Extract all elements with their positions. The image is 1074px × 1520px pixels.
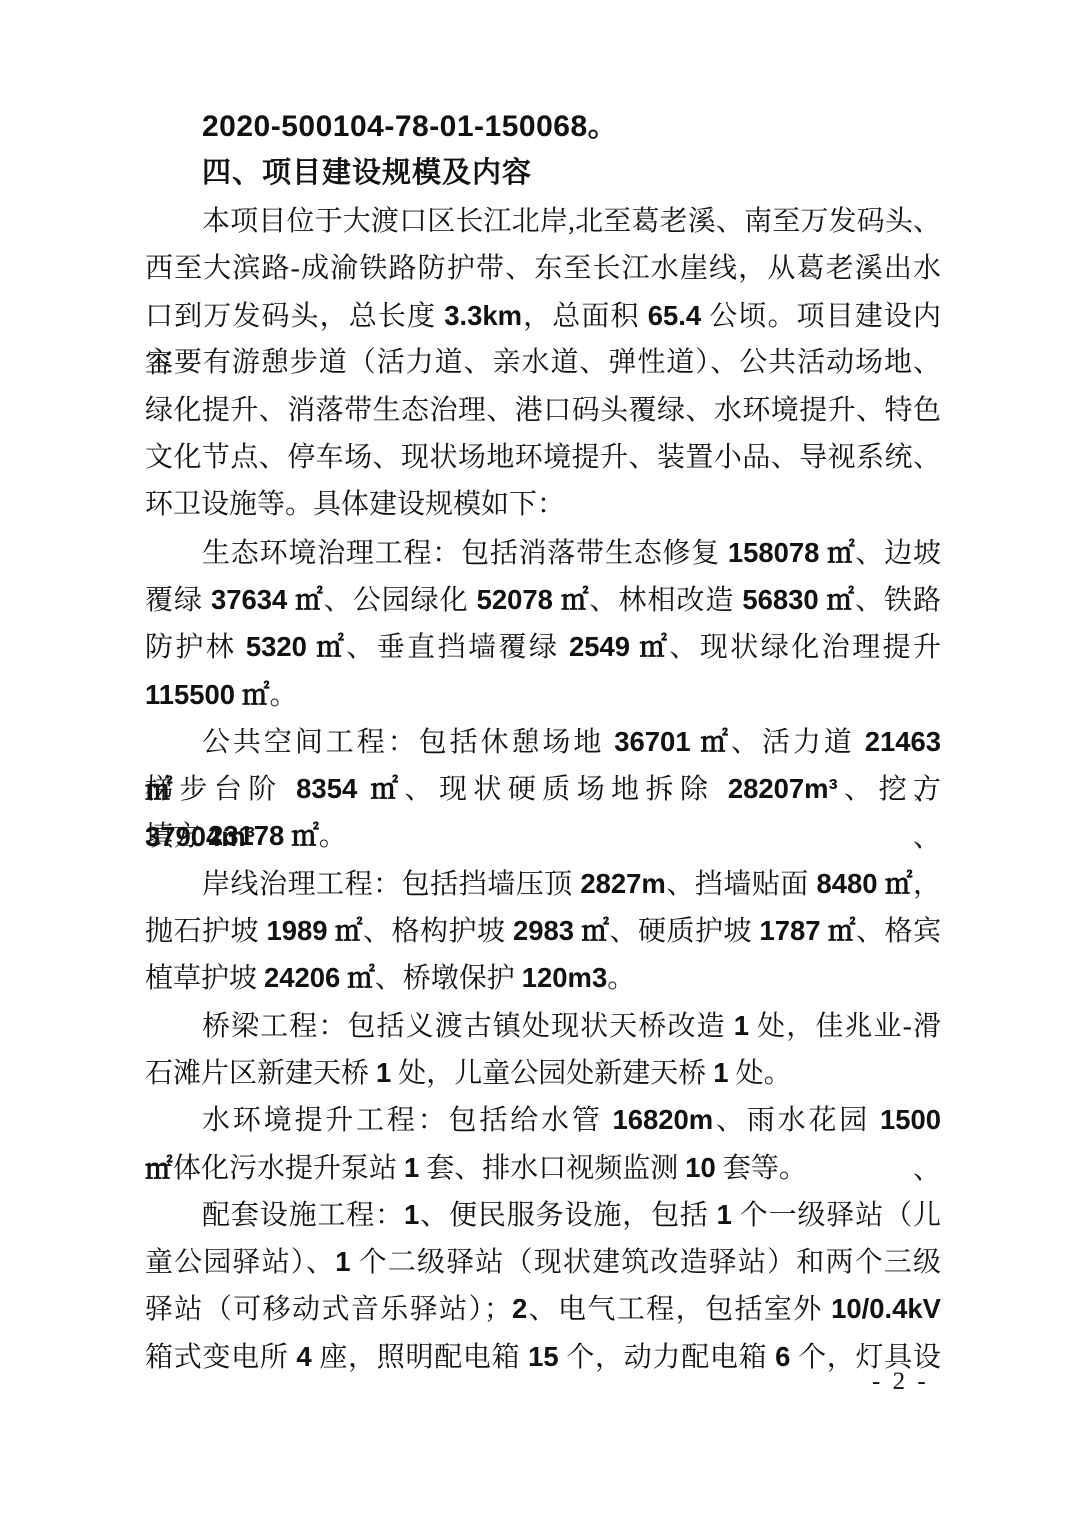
numeric-value: ㎡ xyxy=(639,631,669,662)
numeric-value: 23178 xyxy=(208,820,284,851)
text-line: 西至大滨路-成渝铁路防护带、东至长江水崖线，从葛老溪出水 xyxy=(145,245,941,292)
text-line: 文化节点、停车场、现状场地环境提升、装置小品、导视系统、 xyxy=(145,434,941,481)
paragraph: 水环境提升工程：包括给水管 16820m、雨水花园 1500 ㎡、一体化污水提升… xyxy=(145,1096,941,1191)
text-line: 防护林 5320 ㎡、垂直挡墙覆绿 2549 ㎡、现状绿化治理提升 xyxy=(145,623,941,670)
text-line: 箱式变电所 4 座，照明配电箱 15 个，动力配电箱 6 个，灯具设 xyxy=(145,1333,941,1380)
numeric-value: 24206 xyxy=(264,962,340,993)
paragraph: 本项目位于大渡口区长江北岸,北至葛老溪、南至万发码头、西至大滨路-成渝铁路防护带… xyxy=(145,198,941,529)
text-line: 四、项目建设规模及内容 xyxy=(145,150,941,197)
numeric-value: 8480 xyxy=(816,868,877,899)
text-line: 环卫设施等。具体建设规模如下： xyxy=(145,481,941,528)
section-heading: 四、项目建设规模及内容 xyxy=(145,150,941,197)
document-page: 2020-500104-78-01-150068。四、项目建设规模及内容本项目位… xyxy=(0,0,1074,1520)
text-line: 覆绿 37634 ㎡、公园绿化 52078 ㎡、林相改造 56830 ㎡、铁路 xyxy=(145,576,941,623)
numeric-value: 36701 xyxy=(614,726,690,757)
numeric-value: ㎡ xyxy=(827,584,855,615)
paragraph: 桥梁工程：包括义渡古镇处现状天桥改造 1 处，佳兆业-滑石滩片区新建天桥 1 处… xyxy=(145,1002,941,1097)
numeric-value: ㎡ xyxy=(316,631,346,662)
text-line: 驿站（可移动式音乐驿站）；2、电气工程，包括室外 10/0.4kV xyxy=(145,1285,941,1332)
numeric-value: 4 xyxy=(296,1341,311,1372)
numeric-value: 1787 xyxy=(759,915,820,946)
text-line: 主要有游憩步道（活力道、亲水道、弹性道）、公共活动场地、 xyxy=(145,339,941,386)
paragraph: 岸线治理工程：包括挡墙压顶 2827m、挡墙贴面 8480 ㎡，抛石护坡 198… xyxy=(145,860,941,1002)
text-line: 配套设施工程：1、便民服务设施，包括 1 个一级驿站（儿 xyxy=(145,1191,941,1238)
numeric-value: 8354 xyxy=(296,773,357,804)
numeric-value: 10/0.4kV xyxy=(831,1293,941,1324)
numeric-value: ㎡ xyxy=(828,915,856,946)
numeric-value: 21463 xyxy=(865,726,941,757)
text-line: 公共空间工程：包括休憩场地 36701 ㎡、活力道 21463 ㎡、 xyxy=(145,718,941,765)
paragraph: 生态环境治理工程：包括消落带生态修复 158078 ㎡、边坡覆绿 37634 ㎡… xyxy=(145,529,941,718)
numeric-value: ㎡ xyxy=(347,962,374,993)
numeric-value: ㎡ xyxy=(582,915,610,946)
text-line: 桥梁工程：包括义渡古镇处现状天桥改造 1 处，佳兆业-滑 xyxy=(145,1002,941,1049)
numeric-value: 1500 xyxy=(880,1104,941,1135)
numeric-value: 6 xyxy=(775,1341,790,1372)
text-line: 绿化提升、消落带生态治理、港口码头覆绿、水环境提升、特色 xyxy=(145,387,941,434)
numeric-value: 1989 xyxy=(267,915,328,946)
numeric-value: ㎡ xyxy=(335,915,363,946)
text-line: 梯步台阶 8354 ㎡、现状硬质场地拆除 28207m³、挖方 37904m³、 xyxy=(145,765,941,812)
numeric-value: 120m3 xyxy=(522,962,607,993)
numeric-value: 65.4 xyxy=(648,300,701,331)
document-body: 2020-500104-78-01-150068。四、项目建设规模及内容本项目位… xyxy=(145,103,941,1380)
text-line: 115500 ㎡。 xyxy=(145,671,941,718)
numeric-value: 1 xyxy=(734,1010,749,1041)
numeric-value: 3.3km xyxy=(444,300,522,331)
numeric-value: 2827m xyxy=(580,868,665,899)
numeric-value: ㎡ xyxy=(885,868,913,899)
page-number: - 2 - xyxy=(872,1368,929,1396)
numeric-value: ㎡ xyxy=(291,820,318,851)
numeric-value: 2 xyxy=(512,1293,527,1324)
numeric-value: 1 xyxy=(376,1057,391,1088)
text-line: 生态环境治理工程：包括消落带生态修复 158078 ㎡、边坡 xyxy=(145,529,941,576)
text-line: 植草护坡 24206 ㎡、桥墩保护 120m3。 xyxy=(145,954,941,1001)
text-line: 童公园驿站）、1 个二级驿站（现状建筑改造驿站）和两个三级 xyxy=(145,1238,941,1285)
numeric-value: ㎡ xyxy=(295,584,323,615)
numeric-value: 2983 xyxy=(513,915,574,946)
numeric-value: 158078 xyxy=(728,537,820,568)
text-line: 石滩片区新建天桥 1 处，儿童公园处新建天桥 1 处。 xyxy=(145,1049,941,1096)
text-line: 2020-500104-78-01-150068。 xyxy=(145,103,941,150)
text-line: 抛石护坡 1989 ㎡、格构护坡 2983 ㎡、硬质护坡 1787 ㎡、格宾 xyxy=(145,907,941,954)
numeric-value: 16820m xyxy=(612,1104,713,1135)
numeric-value: 115500 xyxy=(145,679,235,710)
numeric-value: 37634 xyxy=(211,584,287,615)
text-line: 本项目位于大渡口区长江北岸,北至葛老溪、南至万发码头、 xyxy=(145,198,941,245)
reference-code: 2020-500104-78-01-150068。 xyxy=(145,103,941,150)
text-line: 口到万发码头，总长度 3.3km，总面积 65.4 公顷。项目建设内容 xyxy=(145,292,941,339)
numeric-value: 10 xyxy=(685,1152,716,1183)
numeric-value: 1 xyxy=(713,1057,728,1088)
numeric-value: 28207m³ xyxy=(728,773,838,804)
numeric-value: ㎡ xyxy=(561,584,589,615)
numeric-value: 1 xyxy=(335,1246,350,1277)
numeric-value: 2549 xyxy=(569,631,630,662)
paragraph: 公共空间工程：包括休憩场地 36701 ㎡、活力道 21463 ㎡、梯步台阶 8… xyxy=(145,718,941,860)
numeric-value: 1 xyxy=(404,1199,419,1230)
numeric-value: 5320 xyxy=(246,631,307,662)
text-line: 岸线治理工程：包括挡墙压顶 2827m、挡墙贴面 8480 ㎡， xyxy=(145,860,941,907)
paragraph: 配套设施工程：1、便民服务设施，包括 1 个一级驿站（儿童公园驿站）、1 个二级… xyxy=(145,1191,941,1380)
numeric-value: 1 xyxy=(717,1199,732,1230)
numeric-value: 52078 xyxy=(477,584,553,615)
numeric-value: ㎡ xyxy=(371,773,405,804)
numeric-value: ㎡ xyxy=(242,679,269,710)
numeric-value: ㎡ xyxy=(701,726,731,757)
numeric-value: ㎡ xyxy=(827,537,855,568)
numeric-value: 15 xyxy=(528,1341,559,1372)
numeric-value: 56830 xyxy=(742,584,818,615)
numeric-value: 1 xyxy=(404,1152,419,1183)
text-line: 水环境提升工程：包括给水管 16820m、雨水花园 1500 ㎡、 xyxy=(145,1096,941,1143)
